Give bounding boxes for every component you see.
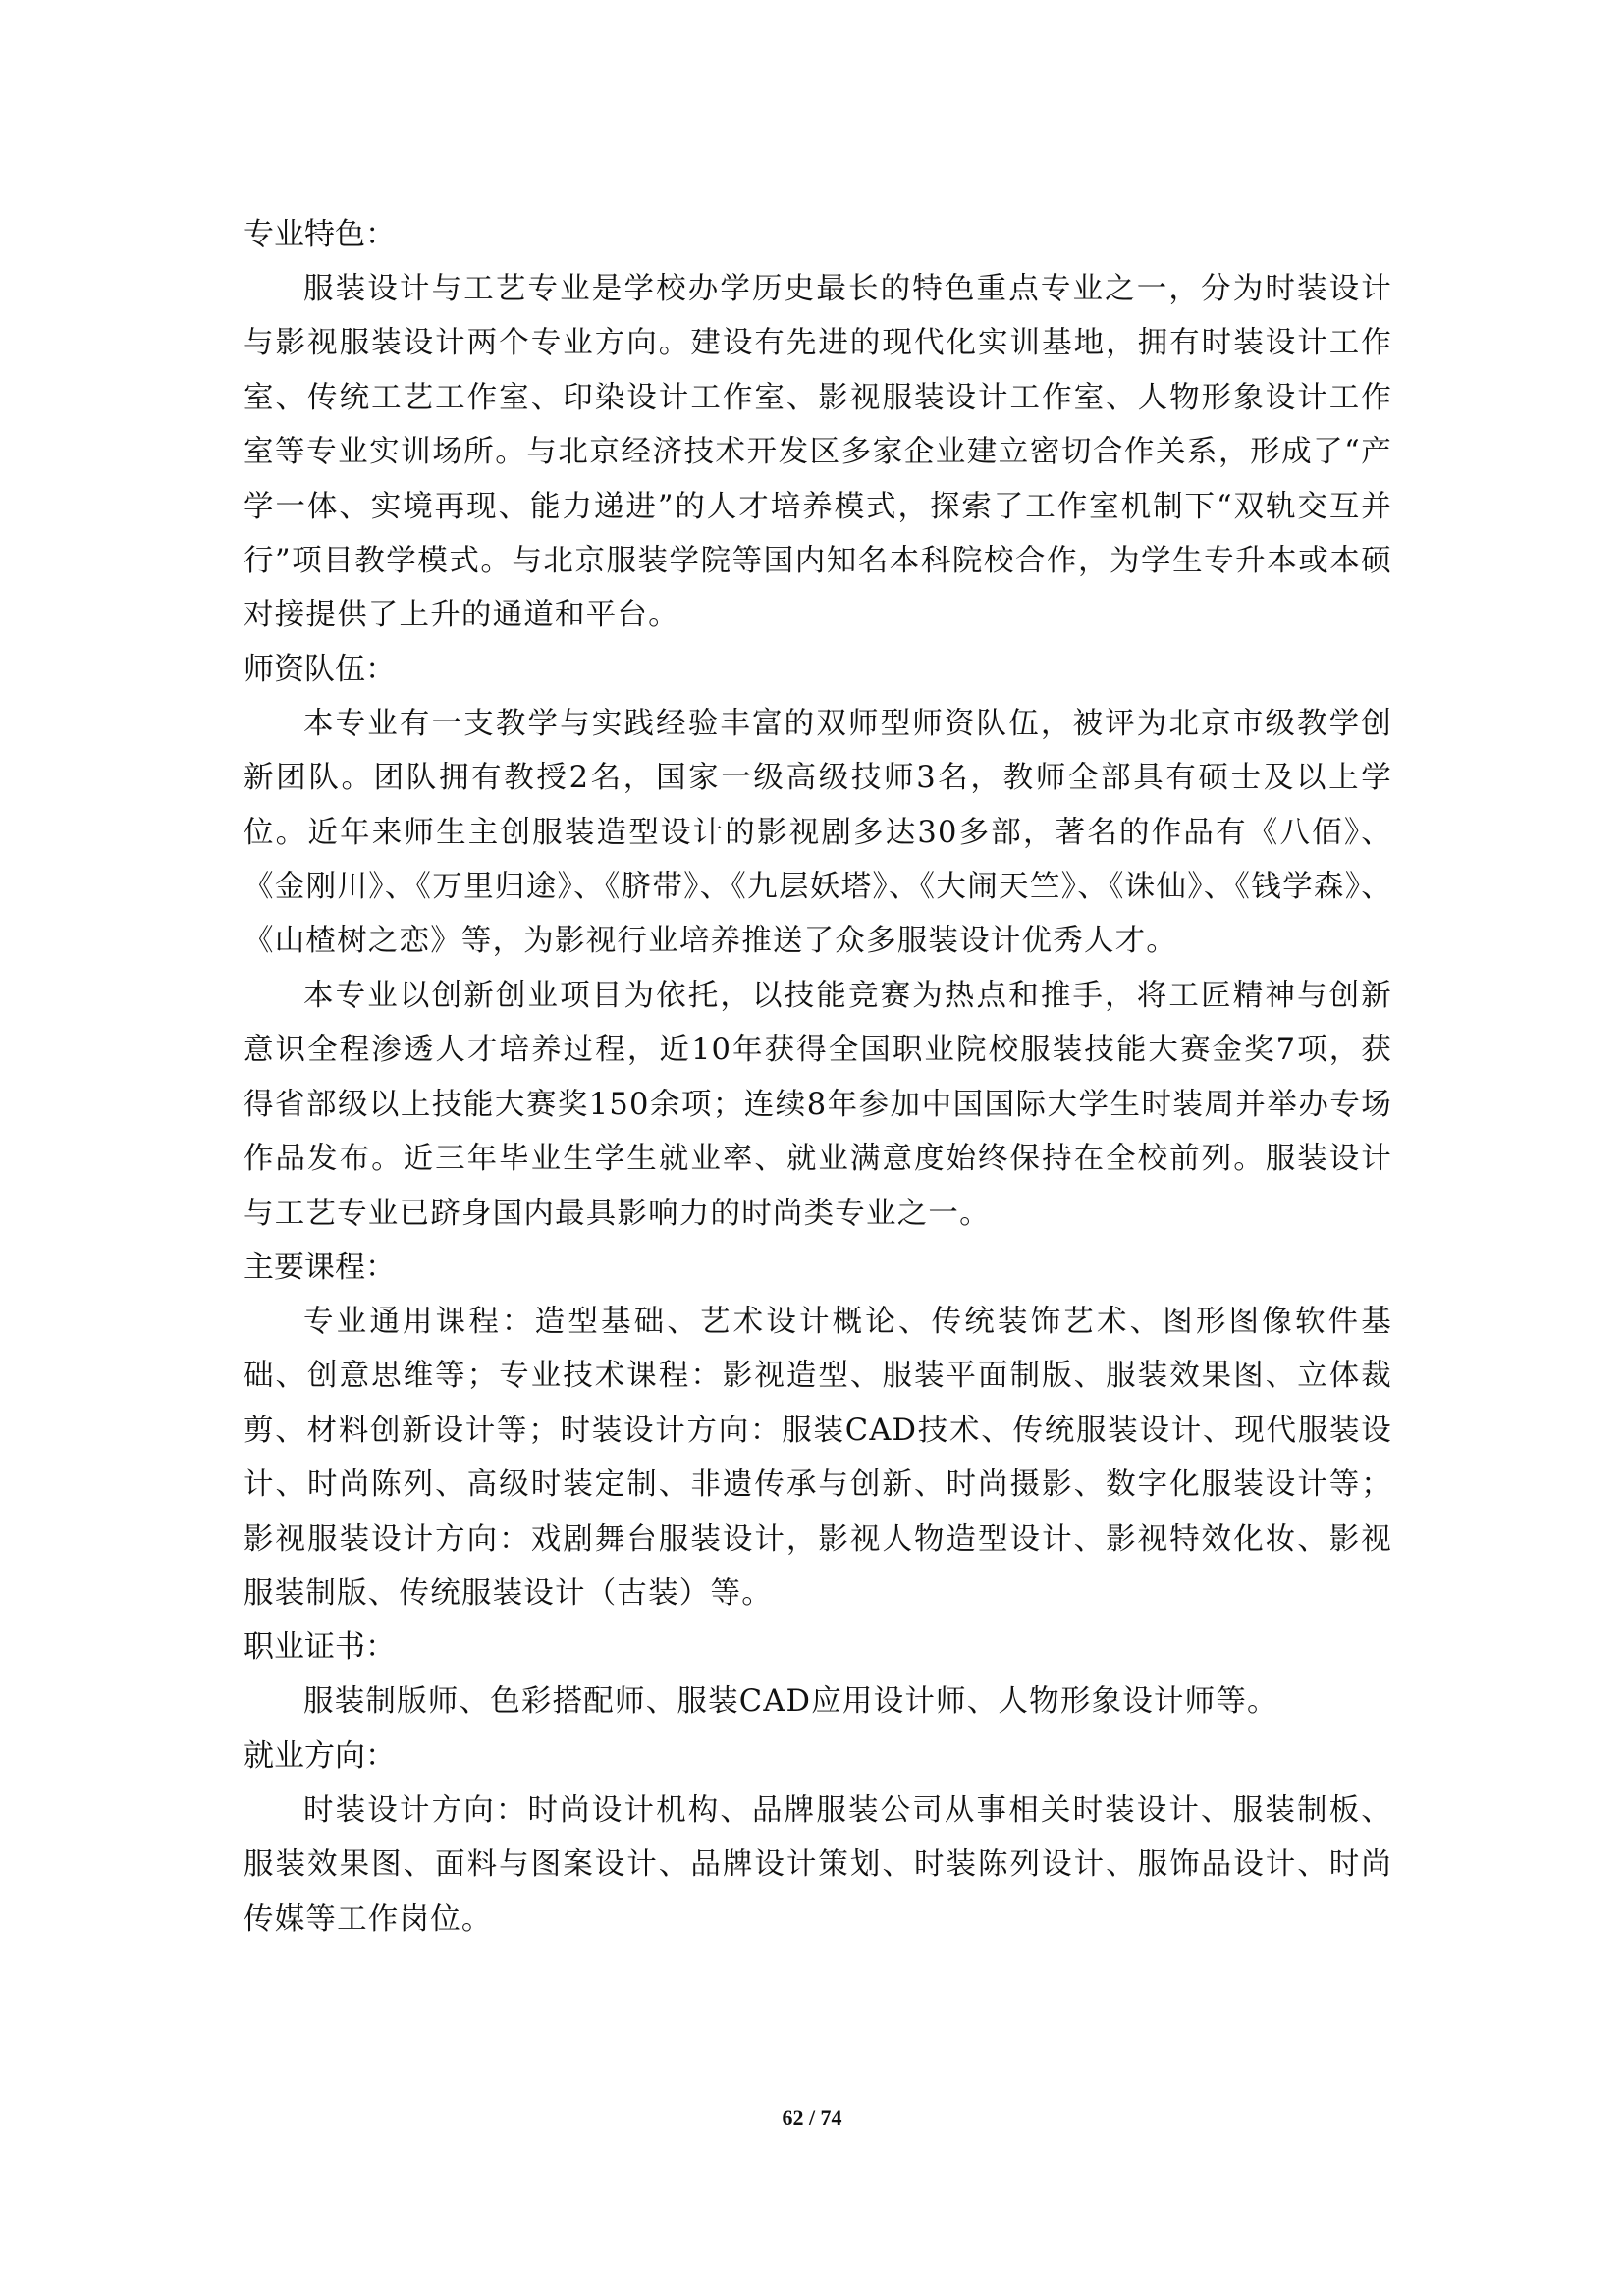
paragraph-faculty-team: 本专业有一支教学与实践经验丰富的双师型师资队伍，被评为北京市级教学创新团队。团队…: [244, 697, 1392, 969]
section-heading-faculty: 师资队伍：: [244, 643, 1392, 697]
page-number: 62 / 74: [0, 2106, 1624, 2131]
section-heading-employment: 就业方向：: [244, 1730, 1392, 1784]
paragraph-courses: 专业通用课程：造型基础、艺术设计概论、传统装饰艺术、图形图像软件基础、创意思维等…: [244, 1295, 1392, 1621]
paragraph-employment: 时装设计方向：时尚设计机构、品牌服装公司从事相关时装设计、服装制板、服装效果图、…: [244, 1784, 1392, 1947]
paragraph-features: 服装设计与工艺专业是学校办学历史最长的特色重点专业之一，分为时装设计与影视服装设…: [244, 262, 1392, 643]
paragraph-certificates: 服装制版师、色彩搭配师、服装CAD应用设计师、人物形象设计师等。: [244, 1675, 1392, 1729]
paragraph-faculty-achievements: 本专业以创新创业项目为依托，以技能竞赛为热点和推手，将工匠精神与创新意识全程渗透…: [244, 969, 1392, 1241]
document-page: 专业特色： 服装设计与工艺专业是学校办学历史最长的特色重点专业之一，分为时装设计…: [244, 208, 1392, 1947]
section-heading-features: 专业特色：: [244, 208, 1392, 262]
section-heading-certificates: 职业证书：: [244, 1621, 1392, 1675]
section-heading-courses: 主要课程：: [244, 1241, 1392, 1295]
